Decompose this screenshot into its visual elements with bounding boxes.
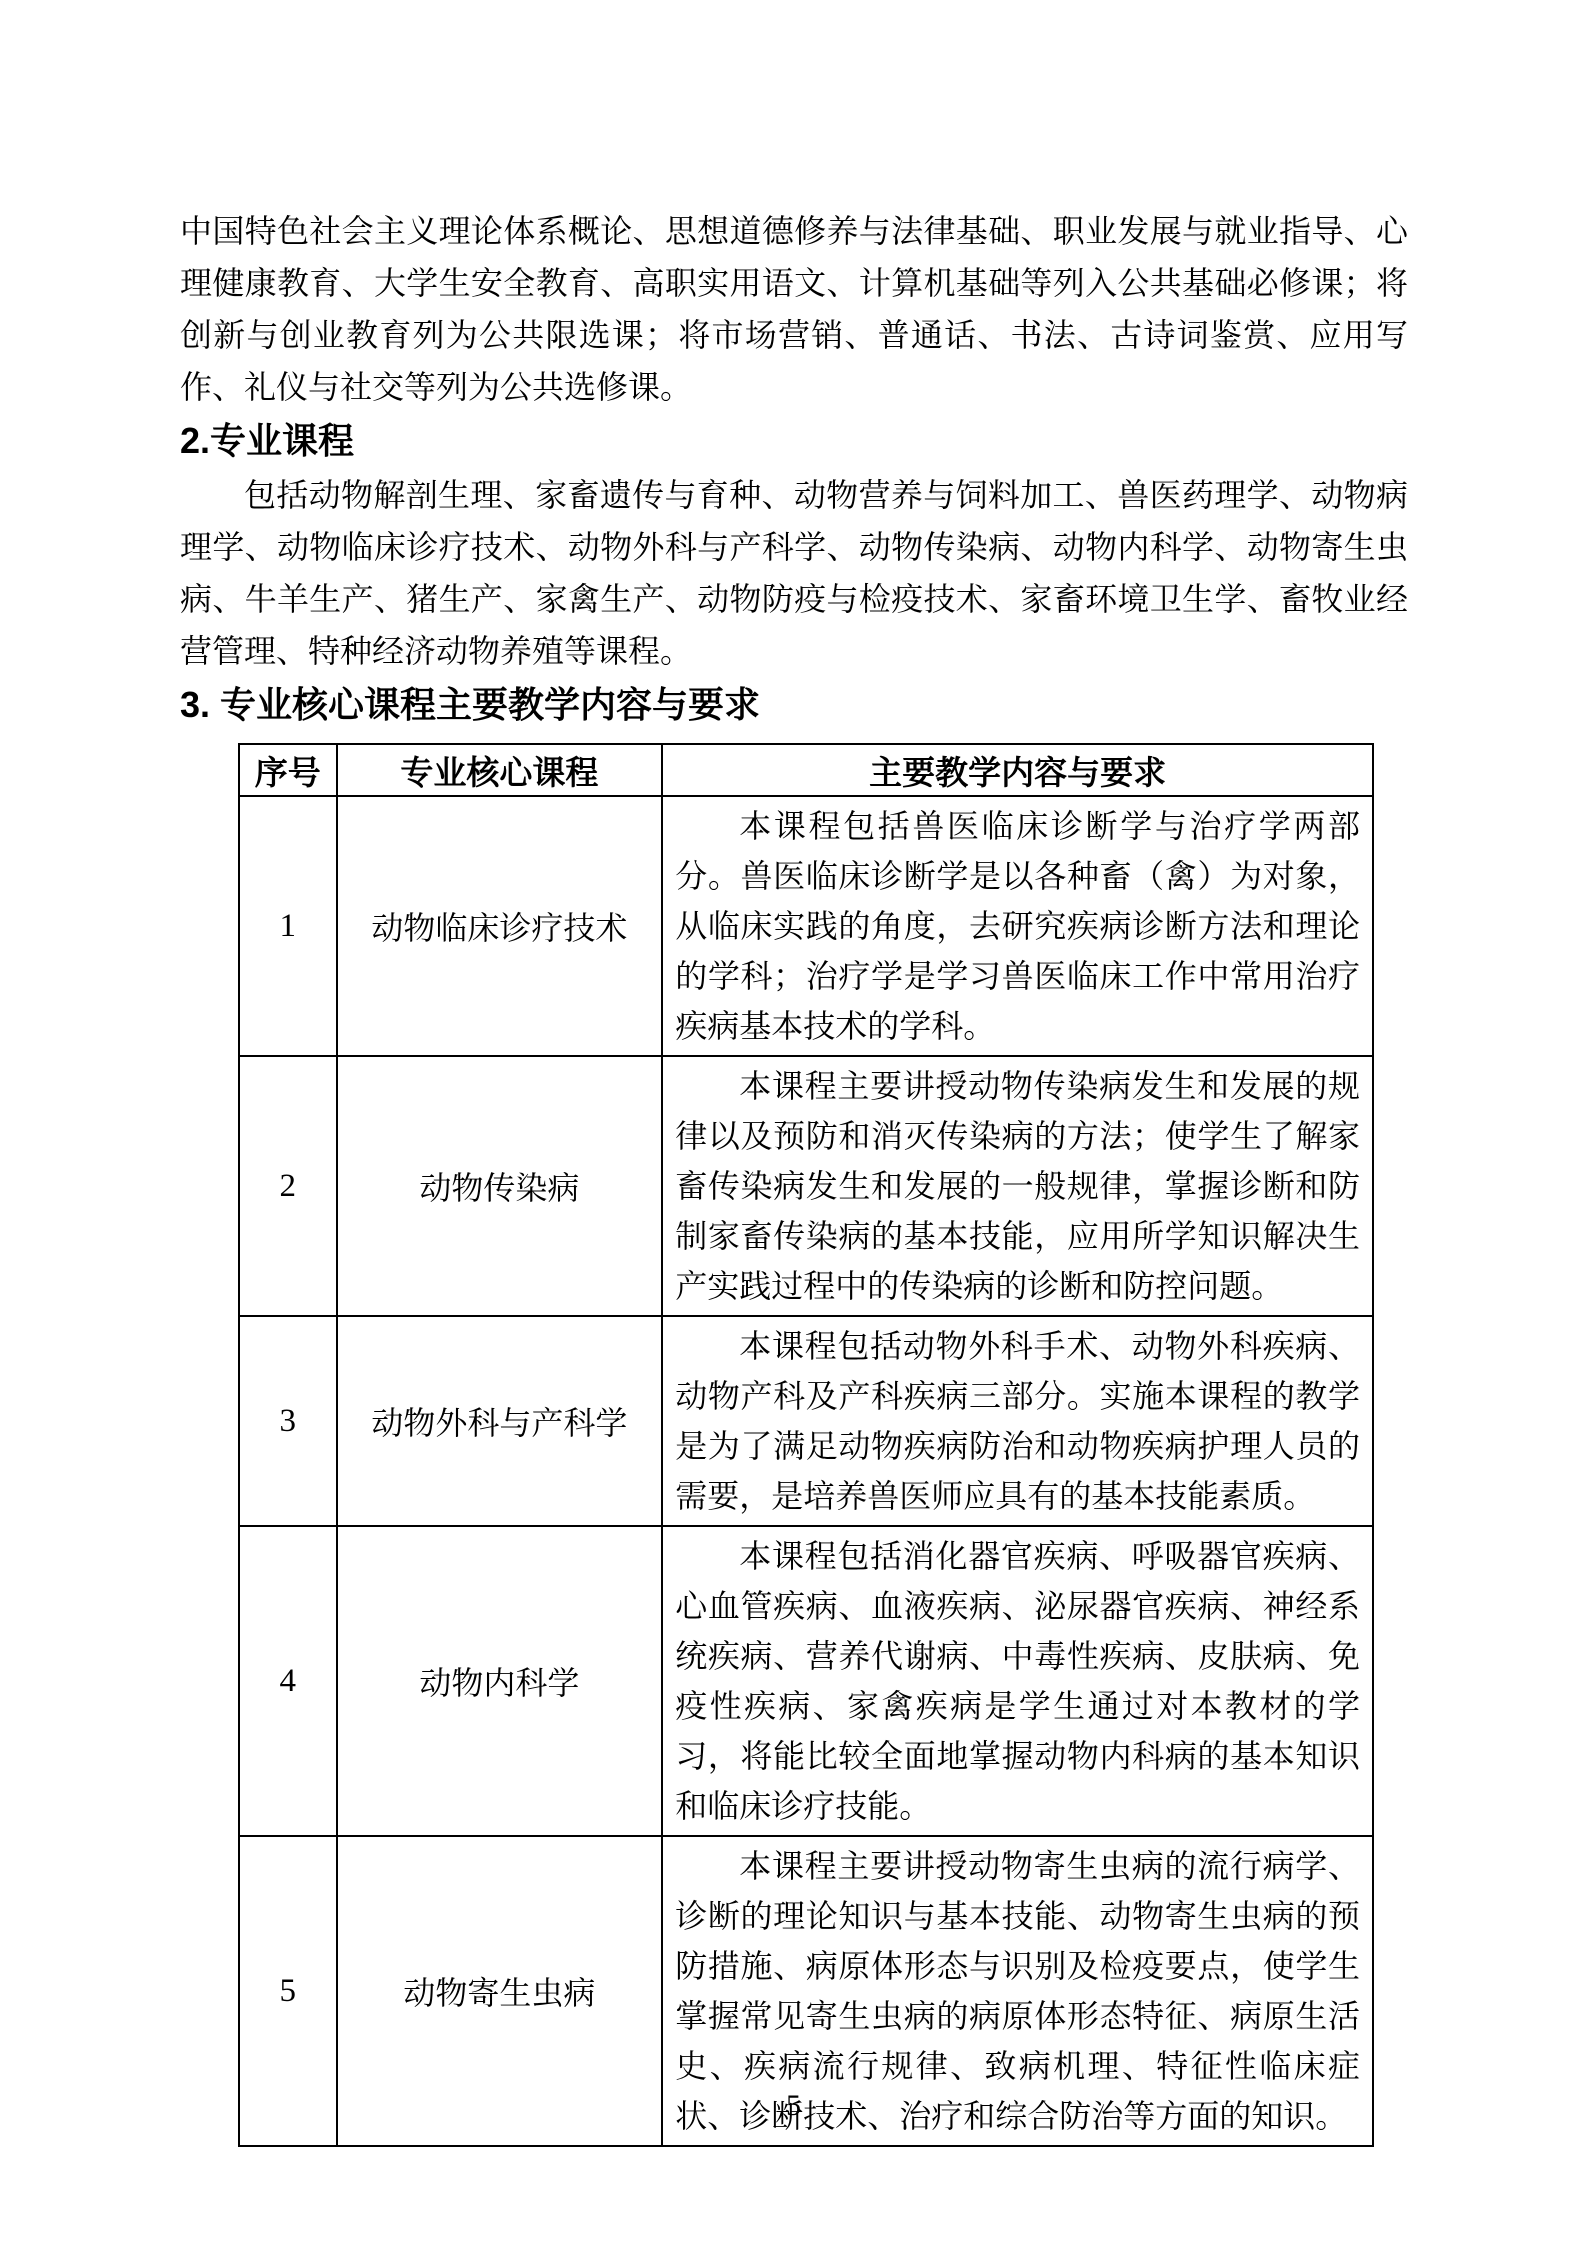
header-cell-number: 序号 bbox=[239, 744, 337, 796]
header-cell-course: 专业核心课程 bbox=[337, 744, 663, 796]
row-number: 1 bbox=[239, 796, 337, 1056]
core-courses-table: 序号 专业核心课程 主要教学内容与要求 1 动物临床诊疗技术 本课程包括兽医临床… bbox=[238, 743, 1374, 2147]
row-number: 2 bbox=[239, 1056, 337, 1316]
table-row: 3 动物外科与产科学 本课程包括动物外科手术、动物外科疾病、动物产科及产科疾病三… bbox=[239, 1316, 1373, 1526]
table-body: 1 动物临床诊疗技术 本课程包括兽医临床诊断学与治疗学两部分。兽医临床诊断学是以… bbox=[239, 796, 1373, 2146]
row-course-content: 本课程包括消化器官疾病、呼吸器官疾病、心血管疾病、血液疾病、泌尿器官疾病、神经系… bbox=[662, 1526, 1373, 1836]
paragraph-professional-courses: 包括动物解剖生理、家畜遗传与育种、动物营养与饲料加工、兽医药理学、动物病理学、动… bbox=[180, 469, 1408, 677]
paragraph-public-courses: 中国特色社会主义理论体系概论、思想道德修养与法律基础、职业发展与就业指导、心理健… bbox=[180, 205, 1408, 413]
heading-core-courses: 3. 专业核心课程主要教学内容与要求 bbox=[180, 677, 1408, 733]
row-number: 3 bbox=[239, 1316, 337, 1526]
row-course-content-text: 本课程主要讲授动物传染病发生和发展的规律以及预防和消灭传染病的方法；使学生了解家… bbox=[675, 1061, 1360, 1311]
row-course-content-text: 本课程包括消化器官疾病、呼吸器官疾病、心血管疾病、血液疾病、泌尿器官疾病、神经系… bbox=[675, 1531, 1360, 1831]
page-number: 5 bbox=[0, 2088, 1587, 2124]
header-cell-content: 主要教学内容与要求 bbox=[662, 744, 1373, 796]
row-course-content: 本课程包括兽医临床诊断学与治疗学两部分。兽医临床诊断学是以各种畜（禽）为对象，从… bbox=[662, 796, 1373, 1056]
row-course-name: 动物临床诊疗技术 bbox=[337, 796, 663, 1056]
row-course-content-text: 本课程包括动物外科手术、动物外科疾病、动物产科及产科疾病三部分。实施本课程的教学… bbox=[675, 1321, 1360, 1521]
row-course-content: 本课程主要讲授动物传染病发生和发展的规律以及预防和消灭传染病的方法；使学生了解家… bbox=[662, 1056, 1373, 1316]
row-course-name: 动物传染病 bbox=[337, 1056, 663, 1316]
table-row: 2 动物传染病 本课程主要讲授动物传染病发生和发展的规律以及预防和消灭传染病的方… bbox=[239, 1056, 1373, 1316]
row-course-name: 动物内科学 bbox=[337, 1526, 663, 1836]
table-row: 4 动物内科学 本课程包括消化器官疾病、呼吸器官疾病、心血管疾病、血液疾病、泌尿… bbox=[239, 1526, 1373, 1836]
row-number: 4 bbox=[239, 1526, 337, 1836]
row-course-content-text: 本课程包括兽医临床诊断学与治疗学两部分。兽医临床诊断学是以各种畜（禽）为对象，从… bbox=[675, 801, 1360, 1051]
document-content: 中国特色社会主义理论体系概论、思想道德修养与法律基础、职业发展与就业指导、心理健… bbox=[180, 205, 1408, 2147]
row-course-content: 本课程包括动物外科手术、动物外科疾病、动物产科及产科疾病三部分。实施本课程的教学… bbox=[662, 1316, 1373, 1526]
document-page: 中国特色社会主义理论体系概论、思想道德修养与法律基础、职业发展与就业指导、心理健… bbox=[0, 0, 1587, 2245]
table-row: 1 动物临床诊疗技术 本课程包括兽医临床诊断学与治疗学两部分。兽医临床诊断学是以… bbox=[239, 796, 1373, 1056]
table-header-row: 序号 专业核心课程 主要教学内容与要求 bbox=[239, 744, 1373, 796]
heading-professional-courses: 2.专业课程 bbox=[180, 413, 1408, 469]
row-course-name: 动物外科与产科学 bbox=[337, 1316, 663, 1526]
table-header: 序号 专业核心课程 主要教学内容与要求 bbox=[239, 744, 1373, 796]
